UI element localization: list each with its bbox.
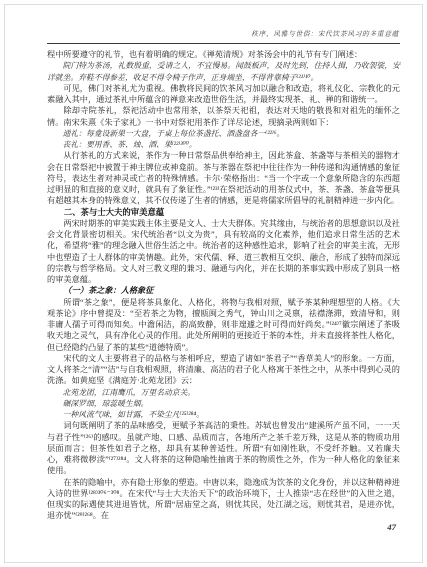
running-head: 秩序、风雅与世俗：宋代饮茶风习的多重意蕴 [251,28,399,38]
header-divider [47,43,400,44]
paragraph: 宋代的文人主要将君子的品格与茶相呼应，塑造了诸如“茶君子”“香草美人”的形象。一… [47,353,400,387]
paragraph: 在茶的隐喻中，亦有隐士形象的塑造。中唐以来，隐逸成为饮茶的文化身份，并以这种精神… [47,477,400,522]
paragraph: 词句既阐明了茶的品味感受，更赋予茶高洁的秉性。苏轼也曾发出“建溪所产虽不同，一一… [47,420,400,476]
block-quote: 院门特为茶汤，礼数殷重，受请之人，不宜慢易。闻鼓板声，及时先到，住持人揖，乃收袈… [47,60,400,83]
paragraph: 除却寺院茶礼，祭祀活动中也常用茶，以茶祭天祀祖，表达对天地的敬畏和对祖先的缅怀之… [47,105,400,128]
article-body: 程中所要遵守的礼节，也有着明确的规定。《禅苑清规》对茶汤会中的礼节有专门阐述： … [47,49,400,522]
page-number: 47 [387,522,396,532]
section-heading: 二、茶与士大夫的审美意蕴 [47,207,400,218]
verse-line: 一种风流气味，如甘露，不染尘凡⁽²⁵⁾²⁸⁴。 [47,409,400,420]
paragraph: 可见，佛门对茶礼尤为重视。佛教将民间的饮茶风习加以融合和改造，将礼仪化、宗教化的… [47,83,400,106]
verse-line: 北苑龙团，江南鹰爪，万里名动京关。 [47,387,400,398]
paragraph: 从行茶礼的方式来说，茶作为一种日常祭品供奉给神主，因此茶盒、茶盏等与茶相关的器物… [47,150,400,206]
paragraph: 两宋时期茶的审美实践主体主要是文人、士大夫群体。究其缘由，与统治者的思想意识以及… [47,218,400,286]
verse-line: 碾深罗细，琼蕊暖生烟。 [47,398,400,409]
sub-heading: （一）茶之象：人格象征 [47,285,400,296]
paragraph: 所谓“茶之象”，便是将茶具象化、人格化，将物与我相对照，赋予茶某种理想型的人格。… [47,297,400,353]
paragraph: 程中所要遵守的礼节，也有着明确的规定。《禅苑清规》对茶汤会中的礼节有专门阐述： [47,49,400,60]
block-quote: 丧礼：要用香、茶、烛、酒、果⁽²²⁾³⁰⁰。 [47,139,400,150]
block-quote: 通礼：每龛设新果一大盘，于桌上每位茶盏托、酒盏盘各一⁽²²⁾⁶。 [47,128,400,139]
